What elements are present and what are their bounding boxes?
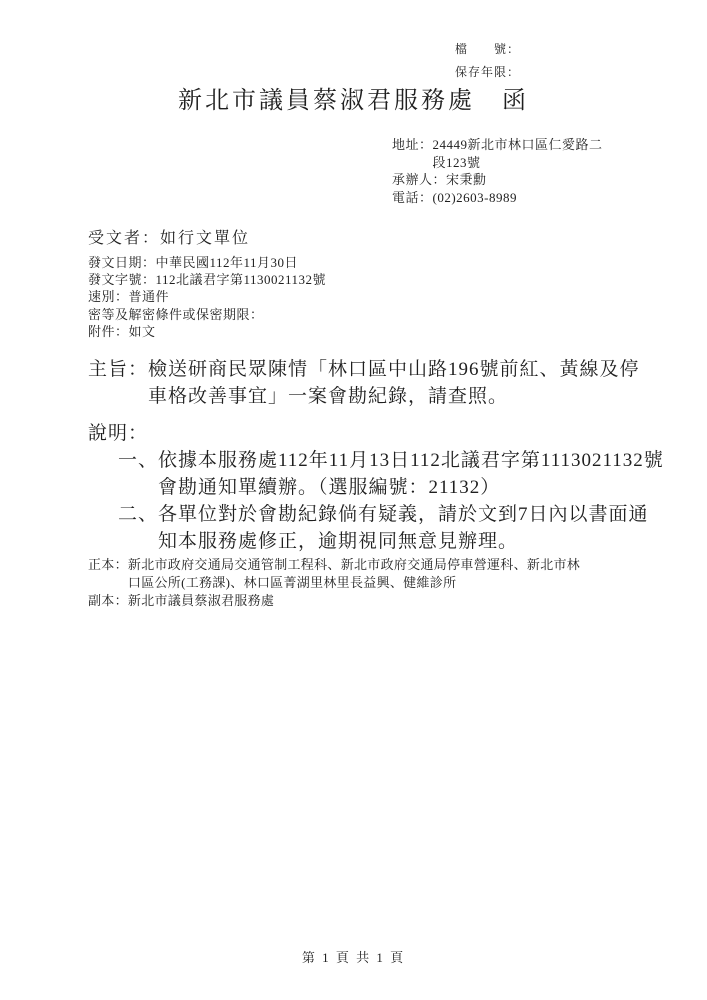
original-line-1: 新北市政府交通局交通管制工程科、新北市政府交通局停車營運科、新北市林: [128, 556, 580, 574]
item-text: 各單位對於會勘紀錄倘有疑義，請於文到7日內以書面通 知本服務處修正，逾期視同無意…: [158, 501, 649, 555]
recipient-line: 受文者：如行文單位: [88, 225, 250, 248]
contact-person: 承辦人：宋秉勳: [392, 171, 603, 189]
copies-section: 正本： 新北市政府交通局交通管制工程科、新北市政府交通局停車營運科、新北市林 口…: [88, 556, 580, 610]
original-label: 正本：: [88, 556, 128, 592]
meta-doc-number: 發文字號：112北議君字第1130021132號: [88, 271, 326, 288]
item-1-line-2: 會勘通知單續辦。（選服編號：21132）: [158, 474, 664, 501]
address-label: 地址：: [392, 136, 433, 171]
meta-attachment: 附件：如文: [88, 323, 326, 340]
explanation-section: 說明： 一、 依據本服務處112年11月13日112北議君字第111302113…: [88, 420, 664, 555]
original-line-2: 口區公所(工務課)、林口區菁湖里林里長益興、健維診所: [128, 574, 580, 592]
address-line-1: 24449新北市林口區仁愛路二: [433, 136, 603, 154]
page-footer: 第 1 頁 共 1 頁: [0, 947, 707, 966]
explanation-item-2: 二、 各單位對於會勘紀錄倘有疑義，請於文到7日內以書面通 知本服務處修正，逾期視…: [118, 501, 664, 555]
meta-issue-date: 發文日期：中華民國112年11月30日: [88, 254, 326, 271]
subject-text: 檢送研商民眾陳情「林口區中山路196號前紅、黃線及停 車格改善事宜」一案會勘紀錄…: [148, 356, 640, 410]
original-list: 新北市政府交通局交通管制工程科、新北市政府交通局停車營運科、新北市林 口區公所(…: [128, 556, 580, 592]
sender-address: 地址： 24449新北市林口區仁愛路二 段123號: [392, 136, 603, 171]
subject-label: 主旨：: [88, 356, 148, 410]
explanation-item-1: 一、 依據本服務處112年11月13日112北議君字第1113021132號 會…: [118, 447, 664, 501]
item-2-line-2: 知本服務處修正，逾期視同無意見辦理。: [158, 528, 649, 555]
meta-block: 發文日期：中華民國112年11月30日 發文字號：112北議君字第1130021…: [88, 254, 326, 340]
address-value: 24449新北市林口區仁愛路二 段123號: [433, 136, 603, 171]
document-page: 檔 號： 保存年限： 新北市議員蔡淑君服務處 函 地址： 24449新北市林口區…: [0, 0, 707, 1000]
meta-speed: 速別：普通件: [88, 288, 326, 305]
phone-number: 電話：(02)2603-8989: [392, 189, 603, 207]
cc-recipients: 副本： 新北市議員蔡淑君服務處: [88, 592, 580, 610]
item-2-line-1: 各單位對於會勘紀錄倘有疑義，請於文到7日內以書面通: [158, 501, 649, 528]
subject-section: 主旨： 檢送研商民眾陳情「林口區中山路196號前紅、黃線及停 車格改善事宜」一案…: [88, 356, 640, 410]
item-1-line-1: 依據本服務處112年11月13日112北議君字第1113021132號: [158, 447, 664, 474]
cc-label: 副本：: [88, 592, 128, 610]
file-number-label: 檔 號：: [455, 38, 520, 61]
document-title: 新北市議員蔡淑君服務處 函: [0, 80, 707, 115]
subject-line-1: 檢送研商民眾陳情「林口區中山路196號前紅、黃線及停: [148, 356, 640, 383]
original-recipients: 正本： 新北市政府交通局交通管制工程科、新北市政府交通局停車營運科、新北市林 口…: [88, 556, 580, 592]
item-number: 一、: [118, 447, 158, 501]
cc-list: 新北市議員蔡淑君服務處: [128, 592, 274, 610]
meta-security: 密等及解密條件或保密期限：: [88, 306, 326, 323]
address-line-2: 段123號: [433, 154, 603, 172]
archive-info: 檔 號： 保存年限：: [455, 38, 520, 84]
sender-info: 地址： 24449新北市林口區仁愛路二 段123號 承辦人：宋秉勳 電話：(02…: [392, 136, 603, 206]
explanation-label: 說明：: [88, 420, 664, 447]
item-number: 二、: [118, 501, 158, 555]
item-text: 依據本服務處112年11月13日112北議君字第1113021132號 會勘通知…: [158, 447, 664, 501]
subject-line-2: 車格改善事宜」一案會勘紀錄，請查照。: [148, 383, 640, 410]
